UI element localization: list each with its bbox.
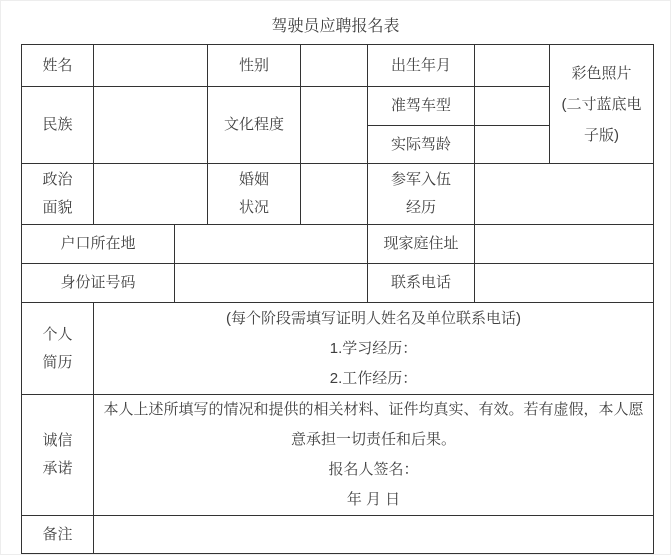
education-value-cell[interactable] xyxy=(301,87,368,164)
row-id-phone: 身份证号码 联系电话 xyxy=(22,264,654,303)
phone-label-cell: 联系电话 xyxy=(368,264,475,303)
marital-status-value-cell[interactable] xyxy=(301,164,368,225)
id-number-value-cell[interactable] xyxy=(175,264,368,303)
education-label-cell: 文化程度 xyxy=(208,87,301,164)
marital-status-label-line2: 状况 xyxy=(212,194,296,222)
resume-hint: (每个阶段需填写证明人姓名及单位联系电话) xyxy=(98,304,649,334)
application-form-table: 姓名 性别 出生年月 彩色照片 (二寸蓝底电 子版) 民族 文化程度 准驾车型 … xyxy=(21,44,654,554)
integrity-content-cell[interactable]: 本人上述所填写的情况和提供的相关材料、证件均真实、有效。若有虚假，本人愿意承担一… xyxy=(94,395,654,516)
driving-years-value-cell[interactable] xyxy=(475,126,550,164)
gender-value-cell[interactable] xyxy=(301,45,368,87)
photo-box-line2: (二寸蓝底电 xyxy=(554,89,649,120)
row-basic-info: 姓名 性别 出生年月 彩色照片 (二寸蓝底电 子版) xyxy=(22,45,654,87)
integrity-signature-line: 报名人签名： xyxy=(98,455,649,485)
political-status-label-line1: 政治 xyxy=(26,166,89,194)
phone-value-cell[interactable] xyxy=(475,264,654,303)
integrity-label-line2: 承诺 xyxy=(26,455,89,483)
integrity-date-line: 年 月 日 xyxy=(98,485,649,515)
ethnicity-label-cell: 民族 xyxy=(22,87,94,164)
resume-item-education: 1.学习经历： xyxy=(98,334,649,364)
row-residence-address: 户口所在地 现家庭住址 xyxy=(22,225,654,264)
political-status-label-line2: 面貌 xyxy=(26,194,89,222)
row-remarks: 备注 xyxy=(22,516,654,554)
military-service-label-line2: 经历 xyxy=(372,194,470,222)
page-title: 驾驶员应聘报名表 xyxy=(1,13,670,36)
birth-date-label-cell: 出生年月 xyxy=(368,45,475,87)
resume-label-line2: 简历 xyxy=(26,349,89,377)
birth-date-value-cell[interactable] xyxy=(475,45,550,87)
driving-years-label-cell: 实际驾龄 xyxy=(368,126,475,164)
residence-value-cell[interactable] xyxy=(175,225,368,264)
gender-label-cell: 性别 xyxy=(208,45,301,87)
political-status-label-cell: 政治 面貌 xyxy=(22,164,94,225)
marital-status-label-cell: 婚姻 状况 xyxy=(208,164,301,225)
remarks-label-cell: 备注 xyxy=(22,516,94,554)
home-address-label-cell: 现家庭住址 xyxy=(368,225,475,264)
row-political-marital-military: 政治 面貌 婚姻 状况 参军入伍 经历 xyxy=(22,164,654,225)
home-address-value-cell[interactable] xyxy=(475,225,654,264)
marital-status-label-line1: 婚姻 xyxy=(212,166,296,194)
license-class-value-cell[interactable] xyxy=(475,87,550,126)
military-service-value-cell[interactable] xyxy=(475,164,654,225)
residence-label-cell: 户口所在地 xyxy=(22,225,175,264)
integrity-statement: 本人上述所填写的情况和提供的相关材料、证件均真实、有效。若有虚假，本人愿意承担一… xyxy=(98,395,649,455)
military-service-label-cell: 参军入伍 经历 xyxy=(368,164,475,225)
resume-label-line1: 个人 xyxy=(26,321,89,349)
license-class-label-cell: 准驾车型 xyxy=(368,87,475,126)
name-label-cell: 姓名 xyxy=(22,45,94,87)
resume-item-work: 2.工作经历： xyxy=(98,364,649,394)
photo-box-line3: 子版) xyxy=(554,120,649,151)
id-number-label-cell: 身份证号码 xyxy=(22,264,175,303)
photo-box-cell: 彩色照片 (二寸蓝底电 子版) xyxy=(550,45,654,164)
name-value-cell[interactable] xyxy=(94,45,208,87)
row-integrity: 诚信 承诺 本人上述所填写的情况和提供的相关材料、证件均真实、有效。若有虚假，本… xyxy=(22,395,654,516)
photo-box-line1: 彩色照片 xyxy=(554,58,649,89)
military-service-label-line1: 参军入伍 xyxy=(372,166,470,194)
ethnicity-value-cell[interactable] xyxy=(94,87,208,164)
row-resume: 个人 简历 (每个阶段需填写证明人姓名及单位联系电话) 1.学习经历： 2.工作… xyxy=(22,303,654,395)
political-status-value-cell[interactable] xyxy=(94,164,208,225)
integrity-label-cell: 诚信 承诺 xyxy=(22,395,94,516)
resume-label-cell: 个人 简历 xyxy=(22,303,94,395)
integrity-label-line1: 诚信 xyxy=(26,427,89,455)
remarks-value-cell[interactable] xyxy=(94,516,654,554)
resume-content-cell[interactable]: (每个阶段需填写证明人姓名及单位联系电话) 1.学习经历： 2.工作经历： xyxy=(94,303,654,395)
